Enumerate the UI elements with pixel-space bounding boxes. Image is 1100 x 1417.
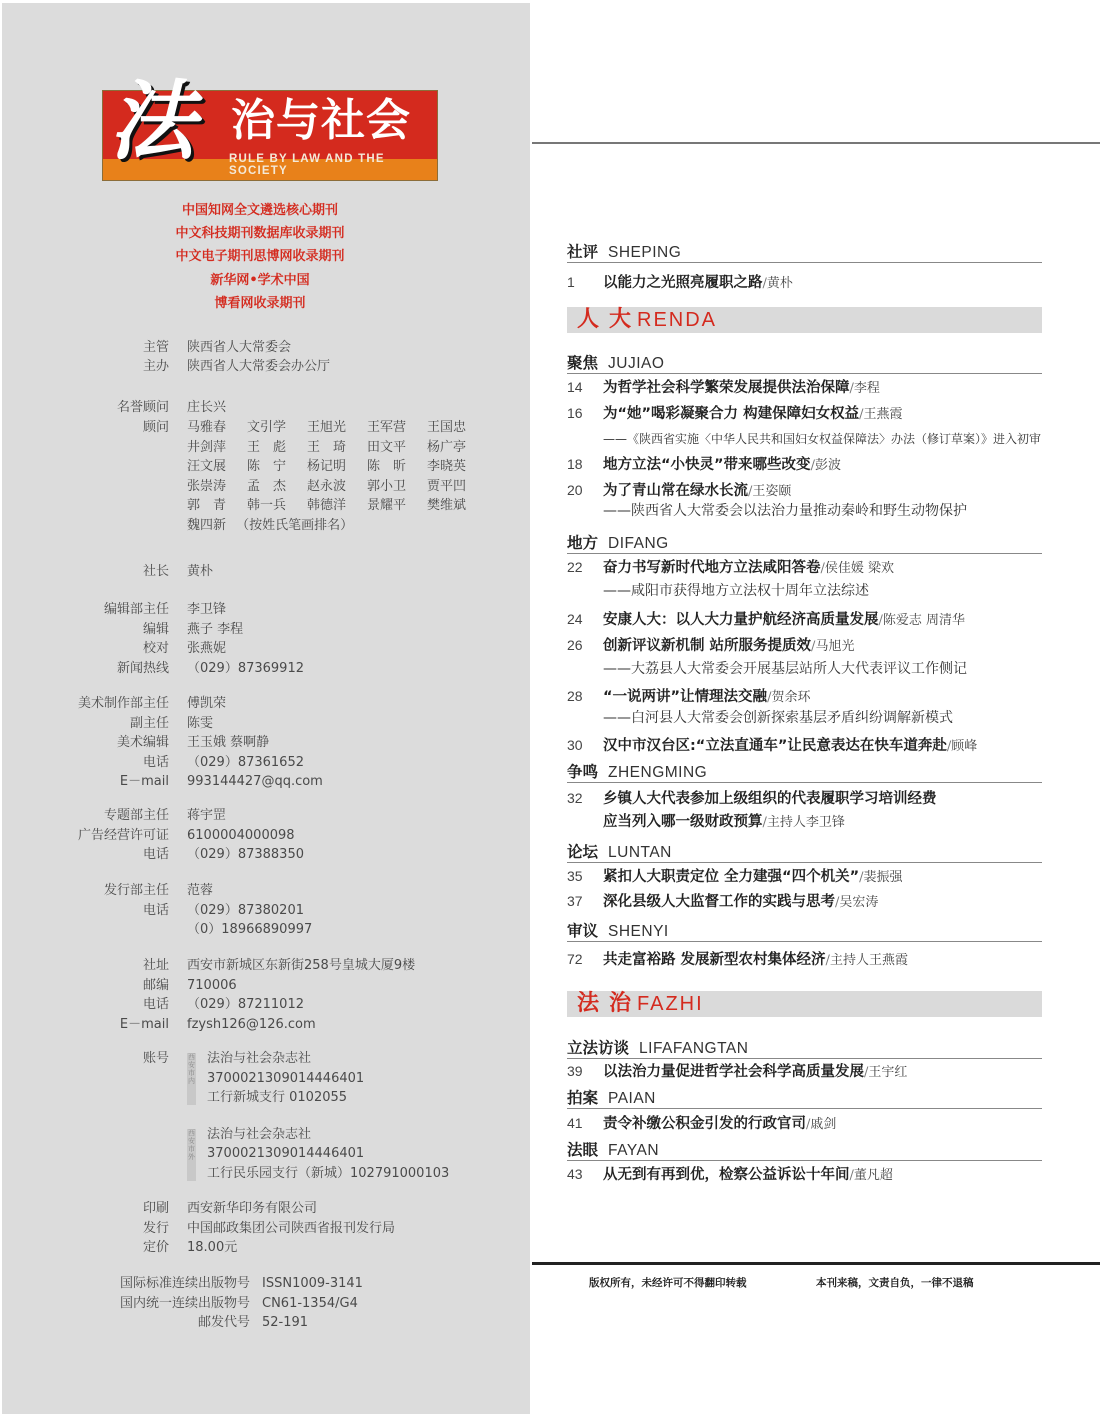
label: 美术制作部主任	[2, 694, 187, 714]
logo-subtitle: RULE BY LAW AND THE SOCIETY	[229, 153, 437, 177]
masthead-panel: 法 治与社会 RULE BY LAW AND THE SOCIETY 中国知网全…	[2, 3, 530, 1414]
section-title-cn: 立法访谈	[567, 1039, 629, 1057]
value: 范蓉	[187, 881, 213, 901]
account-entry: 西安市内 法治与社会杂志社 3700021309014446401 工行新城支行…	[187, 1049, 449, 1108]
code-row: 邮发代号52-191	[100, 1313, 363, 1333]
printing-row: 定价18.00元	[2, 1238, 395, 1258]
label: 邮发代号	[100, 1313, 262, 1333]
honorary-advisor-row: 名誉顾问 庄长兴	[2, 398, 226, 418]
page-number: 41	[567, 1113, 603, 1133]
article-title: 紧扣人大职责定位 全力建强“四个机关”	[603, 869, 859, 885]
page-number: 72	[567, 949, 603, 969]
toc-item[interactable]: 30汉中市汉台区:“立法直通车”让民意表达在快车道奔赴顾峰	[567, 735, 1047, 757]
section-lifafangtan: 立法访谈LIFAFANGTAN	[567, 1036, 1042, 1059]
value: （029）87380201	[187, 901, 304, 921]
indexing-item: 中文电子期刊思博网收录期刊	[142, 245, 378, 268]
indexing-item: 中国知网全文遴选核心期刊	[142, 199, 378, 222]
indexing-list: 中国知网全文遴选核心期刊 中文科技期刊数据库收录期刊 中文电子期刊思博网收录期刊…	[142, 199, 378, 315]
article-title: 深化县级人大监督工作的实践与思考	[603, 894, 835, 910]
value: 陈雯	[187, 714, 213, 734]
page-number: 24	[567, 609, 603, 629]
article-author: 顾峰	[947, 739, 977, 754]
sponsor-row: 主办 陕西省人大常委会办公厅	[2, 357, 330, 377]
page-number: 43	[567, 1164, 603, 1184]
value: 张燕妮	[187, 639, 226, 659]
label: 主办	[2, 357, 187, 377]
value: 李卫锋	[187, 600, 226, 620]
section-title-en: DIFANG	[608, 535, 669, 552]
indexing-item: 博看网收录期刊	[142, 292, 378, 315]
advisor-name: 樊维斌	[427, 496, 487, 516]
publication-codes: 国际标准连续出版物号ISSN1009-3141 国内统一连续出版物号CN61-1…	[100, 1274, 363, 1333]
article-author: 黄朴	[763, 276, 793, 291]
value: fzysh126@126.com	[187, 1015, 316, 1035]
toc-item[interactable]: 14为哲学社会科学繁荣发展提供法治保障李程	[567, 377, 1047, 399]
section-zhengming: 争鸣ZHENGMING	[567, 760, 1042, 783]
section-fayan: 法眼FAYAN	[567, 1138, 1042, 1161]
advisor-name: 郭小卫	[367, 477, 427, 497]
toc-item[interactable]: 28“一说两讲”让情理法交融贺余环	[567, 686, 1047, 708]
distribution-row: （0）18966890997	[2, 920, 312, 940]
office-block: 社址西安市新城区东新街258号皇城大厦9楼 邮编710006 电话（029）87…	[2, 956, 415, 1034]
special-row: 专题部主任蒋宇罡	[2, 806, 304, 826]
advisor-name: 贾平凹	[427, 477, 487, 497]
stamp-local: 西安市内	[187, 1053, 196, 1105]
label: E－mail	[2, 1015, 187, 1035]
label: 社址	[2, 956, 187, 976]
top-divider	[532, 142, 1100, 144]
toc-item-continuation[interactable]: 应当列入哪一级财政预算主持人李卫锋	[603, 812, 1083, 833]
article-author: 裴振强	[859, 870, 902, 885]
account-lines: 法治与社会杂志社 3700021309014446401 工行民乐园支行（新城）…	[207, 1125, 449, 1184]
advisor-name: 韩德洋	[307, 496, 367, 516]
account-line: 3700021309014446401	[207, 1069, 364, 1089]
office-row: 邮编710006	[2, 976, 415, 996]
article-author: 吴宏涛	[835, 895, 878, 910]
band-title-cn: 法治	[577, 991, 641, 1016]
page-number: 37	[567, 891, 603, 911]
account-line: 3700021309014446401	[207, 1144, 449, 1164]
value: ISSN1009-3141	[262, 1274, 363, 1294]
section-title-en: ZHENGMING	[608, 764, 707, 781]
advisors-row: 顾问 马雅春 文引学 王旭光 王军营 王国忠 井剑萍 王 彪 王 琦 田文平 杨…	[2, 418, 487, 535]
page-number: 39	[567, 1061, 603, 1081]
article-author: 马旭光	[811, 639, 854, 654]
art-row: E－mail993144427@qq.com	[2, 772, 323, 792]
advisor-name: 赵永波	[307, 477, 367, 497]
label: 国内统一连续出版物号	[100, 1294, 262, 1314]
value: 燕子 李程	[187, 620, 243, 640]
section-title-cn: 拍案	[567, 1089, 598, 1107]
value: （029）87369912	[187, 659, 304, 679]
president-row: 社长 黄朴	[2, 562, 213, 582]
article-title: 乡镇人大代表参加上级组织的代表履职学习培训经费	[603, 791, 937, 807]
label: 校对	[2, 639, 187, 659]
label: 国际标准连续出版物号	[100, 1274, 262, 1294]
section-title-cn: 法眼	[567, 1141, 598, 1159]
value: 西安市新城区东新街258号皇城大厦9楼	[187, 956, 415, 976]
account-details: 西安市内 法治与社会杂志社 3700021309014446401 工行新城支行…	[187, 1049, 449, 1183]
article-author: 董凡超	[850, 1168, 893, 1183]
toc-item[interactable]: 37深化县级人大监督工作的实践与思考吴宏涛	[567, 891, 1047, 913]
label: 美术编辑	[2, 733, 187, 753]
value: 庄长兴	[187, 398, 226, 418]
section-title-cn: 社评	[567, 243, 598, 261]
advisor-name: 张崇涛	[187, 477, 247, 497]
editorial-row: 新闻热线（029）87369912	[2, 659, 304, 679]
page-number: 1	[567, 272, 603, 292]
section-title-en: JUJIAO	[608, 355, 664, 372]
label: 发行部主任	[2, 881, 187, 901]
art-row: 副主任陈雯	[2, 714, 323, 734]
section-title-en: SHEPING	[608, 244, 681, 261]
section-title-cn: 论坛	[567, 843, 598, 861]
office-row: E－mailfzysh126@126.com	[2, 1015, 415, 1035]
advisor-name: 李晓英	[427, 457, 487, 477]
label: 印刷	[2, 1199, 187, 1219]
value: 王玉娥 蔡啊静	[187, 733, 269, 753]
toc-item[interactable]: 26创新评议新机制 站所服务提质效马旭光	[567, 635, 1047, 657]
advisor-name: 景耀平	[367, 496, 427, 516]
printing-block: 印刷西安新华印务有限公司 发行中国邮政集团公司陕西省报刊发行局 定价18.00元	[2, 1199, 395, 1258]
office-row: 电话（029）87211012	[2, 995, 415, 1015]
section-title-cn: 审议	[567, 922, 598, 940]
page-number: 14	[567, 377, 603, 397]
editorial-row: 校对张燕妮	[2, 639, 304, 659]
advisor-name: 陈 昕	[367, 457, 427, 477]
printing-row: 印刷西安新华印务有限公司	[2, 1199, 395, 1219]
advisor-name: 井剑萍	[187, 438, 247, 458]
section-title-en: FAYAN	[608, 1142, 659, 1159]
article-title: 为哲学社会科学繁荣发展提供法治保障	[603, 380, 850, 396]
art-block: 美术制作部主任傅凯荣 副主任陈雯 美术编辑王玉娥 蔡啊静 电话（029）8736…	[2, 694, 323, 792]
value: （029）87211012	[187, 995, 304, 1015]
toc-item[interactable]: 41责令补缴公积金引发的行政官司戚剑	[567, 1113, 1047, 1135]
article-title: 安康人大：以人大力量护航经济高质量发展	[603, 612, 879, 628]
editorial-row: 编辑部主任李卫锋	[2, 600, 304, 620]
section-title-cn: 争鸣	[567, 763, 598, 781]
section-sheping: 社评SHEPING	[567, 240, 1042, 263]
label: 发行	[2, 1219, 187, 1239]
section-title-en: LUNTAN	[608, 844, 672, 861]
label: 名誉顾问	[2, 398, 187, 418]
label: E－mail	[2, 772, 187, 792]
account-lines: 法治与社会杂志社 3700021309014446401 工行新城支行 0102…	[207, 1049, 364, 1108]
label: 电话	[2, 995, 187, 1015]
article-author: 王宇红	[864, 1065, 907, 1080]
art-row: 美术编辑王玉娥 蔡啊静	[2, 733, 323, 753]
article-author: 主持人李卫锋	[763, 815, 845, 830]
toc-item[interactable]: 32乡镇人大代表参加上级组织的代表履职学习培训经费	[567, 788, 1047, 809]
section-title-cn: 地方	[567, 534, 598, 552]
advisor-name: 孟 杰	[247, 477, 307, 497]
label: 电话	[2, 753, 187, 773]
advisor-name: 文引学	[247, 418, 307, 438]
editorial-row: 编辑燕子 李程	[2, 620, 304, 640]
band-renda: 人大RENDA	[567, 307, 1042, 333]
value: 西安新华印务有限公司	[187, 1199, 317, 1219]
band-fazhi: 法治FAZHI	[567, 991, 1042, 1017]
value: 陕西省人大常委会	[187, 338, 291, 358]
label: 电话	[2, 901, 187, 921]
section-title-en: LIFAFANGTAN	[639, 1040, 748, 1057]
value: 蒋宇罡	[187, 806, 226, 826]
article-author: 主持人王燕霞	[826, 953, 908, 968]
logo-calligraphy-char: 法	[109, 79, 195, 165]
advisor-name: 王 琦	[307, 438, 367, 458]
toc-item[interactable]: 39以法治力量促进哲学社会科学高质量发展王宇红	[567, 1061, 1047, 1083]
article-title: 奋力书写新时代地方立法咸阳答卷	[603, 560, 821, 576]
submission-notice: 本刊来稿，文责自负，一律不退稿	[816, 1275, 974, 1290]
account-line: 法治与社会杂志社	[207, 1125, 449, 1145]
advisor-name: 郭 青	[187, 496, 247, 516]
art-row: 电话（029）87361652	[2, 753, 323, 773]
article-title: 为了青山常在绿水长流	[603, 483, 748, 499]
distribution-row: 电话（029）87380201	[2, 901, 312, 921]
toc-item[interactable]: 22奋力书写新时代地方立法咸阳答卷侯佳媛 梁欢	[567, 557, 1047, 579]
section-title-en: SHENYI	[608, 923, 669, 940]
article-title: 为“她”喝彩凝聚合力 构建保障妇女权益	[603, 406, 859, 422]
toc-item[interactable]: 18地方立法“小快灵”带来哪些改变彭波	[567, 454, 1047, 476]
indexing-item: 中文科技期刊数据库收录期刊	[142, 222, 378, 245]
article-author: 李程	[850, 381, 880, 396]
page-number: 20	[567, 480, 603, 500]
article-subtitle: ——大荔县人大常委会开展基层站所人大代表评议工作侧记	[603, 659, 967, 679]
article-author: 贺余环	[767, 690, 810, 705]
advisor-name: 汪文展	[187, 457, 247, 477]
advisor-name: 王军营	[367, 418, 427, 438]
magazine-logo: 法 治与社会 RULE BY LAW AND THE SOCIETY	[102, 90, 438, 181]
account-block: 账号 西安市内 法治与社会杂志社 3700021309014446401 工行新…	[2, 1049, 449, 1183]
office-row: 社址西安市新城区东新街258号皇城大厦9楼	[2, 956, 415, 976]
section-difang: 地方DIFANG	[567, 531, 1042, 554]
label: 邮编	[2, 976, 187, 996]
account-line: 工行民乐园支行（新城）102791000103	[207, 1164, 449, 1184]
page-number: 28	[567, 686, 603, 706]
page-number: 35	[567, 866, 603, 886]
code-row: 国际标准连续出版物号ISSN1009-3141	[100, 1274, 363, 1294]
account-label-wrap: 账号	[2, 1049, 187, 1183]
label: 新闻热线	[2, 659, 187, 679]
toc-item[interactable]: 72共走富裕路 发展新型农村集体经济主持人王燕霞	[567, 949, 1047, 971]
section-title-cn: 聚焦	[567, 354, 598, 372]
advisor-name: 王 彪	[247, 438, 307, 458]
article-title: 以能力之光照亮履职之路	[603, 275, 763, 291]
value: 710006	[187, 976, 237, 996]
advisor-name: 王国忠	[427, 418, 487, 438]
label: 顾问	[2, 418, 187, 535]
advisor-name: 魏四新	[187, 518, 226, 533]
value: 黄朴	[187, 562, 213, 582]
article-title: 创新评议新机制 站所服务提质效	[603, 638, 811, 654]
article-title: 地方立法“小快灵”带来哪些改变	[603, 457, 811, 473]
special-row: 电话（029）87388350	[2, 845, 304, 865]
label: 定价	[2, 1238, 187, 1258]
page-number: 30	[567, 735, 603, 755]
toc-item[interactable]: 43从无到有再到优，检察公益诉讼十年间董凡超	[567, 1164, 1047, 1186]
section-jujiao: 聚焦JUJIAO	[567, 351, 1042, 374]
art-row: 美术制作部主任傅凯荣	[2, 694, 323, 714]
supervisor-row: 主管 陕西省人大常委会	[2, 338, 291, 358]
label: 社长	[2, 562, 187, 582]
toc-item[interactable]: 1以能力之光照亮履职之路黄朴	[567, 272, 1047, 294]
article-author: 彭波	[811, 458, 841, 473]
article-author: 侯佳媛 梁欢	[821, 561, 895, 576]
advisor-name: 韩一兵	[247, 496, 307, 516]
value: 18.00元	[187, 1238, 237, 1258]
toc-item[interactable]: 24安康人大：以人大力量护航经济高质量发展陈爱志 周清华	[567, 609, 1047, 631]
page-number: 26	[567, 635, 603, 655]
toc-item[interactable]: 20为了青山常在绿水长流王姿颐	[567, 480, 1047, 502]
article-subtitle: ——白河县人大常委会创新探索基层矛盾纠纷调解新模式	[603, 708, 953, 728]
toc-item[interactable]: 16为“她”喝彩凝聚合力 构建保障妇女权益王燕霞	[567, 403, 1047, 425]
value: 陕西省人大常委会办公厅	[187, 357, 330, 377]
value: CN61-1354/G4	[262, 1294, 358, 1314]
special-row: 广告经营许可证6100004000098	[2, 826, 304, 846]
special-block: 专题部主任蒋宇罡 广告经营许可证6100004000098 电话（029）873…	[2, 806, 304, 865]
article-title: 汉中市汉台区:“立法直通车”让民意表达在快车道奔赴	[603, 738, 947, 754]
article-author: 王燕霞	[859, 407, 902, 422]
label: 编辑部主任	[2, 600, 187, 620]
band-title-cn: 人大	[577, 307, 641, 332]
value: 中国邮政集团公司陕西省报刊发行局	[187, 1219, 395, 1239]
advisor-name: 马雅春	[187, 418, 247, 438]
label: 广告经营许可证	[2, 826, 187, 846]
article-subtitle: ——《陕西省实施〈中华人民共和国妇女权益保障法〉办法（修订草案）》进入初审	[603, 429, 1041, 449]
bottom-divider	[532, 1262, 1100, 1265]
value: 52-191	[262, 1313, 308, 1333]
label: 专题部主任	[2, 806, 187, 826]
band-title-en: FAZHI	[637, 993, 704, 1015]
distribution-row: 发行部主任范蓉	[2, 881, 312, 901]
label: 副主任	[2, 714, 187, 734]
value: （0）18966890997	[187, 920, 312, 940]
label: 账号	[2, 1049, 187, 1183]
section-paian: 拍案PAIAN	[567, 1086, 1042, 1109]
article-author: 王姿颐	[748, 484, 791, 499]
label: 编辑	[2, 620, 187, 640]
article-title: “一说两讲”让情理法交融	[603, 689, 767, 705]
section-title-en: PAIAN	[608, 1090, 656, 1107]
advisor-name: 田文平	[367, 438, 427, 458]
article-title: 以法治力量促进哲学社会科学高质量发展	[603, 1064, 864, 1080]
value: 傅凯荣	[187, 694, 226, 714]
logo-title: 治与社会	[231, 99, 411, 143]
value: 993144427@qq.com	[187, 772, 323, 792]
advisor-note: （按姓氏笔画排名）	[236, 518, 353, 533]
article-title-continued: 应当列入哪一级财政预算	[603, 814, 763, 830]
printing-row: 发行中国邮政集团公司陕西省报刊发行局	[2, 1219, 395, 1239]
advisor-names: 马雅春 文引学 王旭光 王军营 王国忠 井剑萍 王 彪 王 琦 田文平 杨广亭 …	[187, 418, 487, 535]
page-number: 32	[567, 788, 603, 808]
label: 电话	[2, 845, 187, 865]
article-author: 陈爱志 周清华	[879, 613, 966, 628]
article-subtitle: ——陕西省人大常委会以法治力量推动秦岭和野生动物保护	[603, 501, 967, 521]
account-entry: 西安市外 法治与社会杂志社 3700021309014446401 工行民乐园支…	[187, 1125, 449, 1184]
article-title: 从无到有再到优，检察公益诉讼十年间	[603, 1167, 850, 1183]
value: （029）87361652	[187, 753, 304, 773]
stamp-outside: 西安市外	[187, 1129, 196, 1181]
band-title-en: RENDA	[637, 309, 717, 331]
advisor-name: 王旭光	[307, 418, 367, 438]
indexing-item: 新华网•学术中国	[142, 269, 378, 292]
advisor-name: 陈 宁	[247, 457, 307, 477]
toc-item[interactable]: 35紧扣人大职责定位 全力建强“四个机关”裴振强	[567, 866, 1047, 888]
article-title: 共走富裕路 发展新型农村集体经济	[603, 952, 826, 968]
page-number: 18	[567, 454, 603, 474]
page-number: 16	[567, 403, 603, 423]
value: （029）87388350	[187, 845, 304, 865]
label	[2, 920, 187, 940]
code-row: 国内统一连续出版物号CN61-1354/G4	[100, 1294, 363, 1314]
article-author: 戚剑	[806, 1117, 836, 1132]
advisor-name: 杨记明	[307, 457, 367, 477]
distribution-block: 发行部主任范蓉 电话（029）87380201 （0）18966890997	[2, 881, 312, 940]
advisor-name: 杨广亭	[427, 438, 487, 458]
account-line: 法治与社会杂志社	[207, 1049, 364, 1069]
value: 6100004000098	[187, 826, 295, 846]
account-line: 工行新城支行 0102055	[207, 1088, 364, 1108]
editorial-block: 编辑部主任李卫锋 编辑燕子 李程 校对张燕妮 新闻热线（029）87369912	[2, 600, 304, 678]
page-number: 22	[567, 557, 603, 577]
copyright-notice: 版权所有，未经许可不得翻印转载	[589, 1275, 747, 1290]
article-subtitle: ——咸阳市获得地方立法权十周年立法综述	[603, 581, 869, 601]
section-luntan: 论坛LUNTAN	[567, 840, 1042, 863]
article-title: 责令补缴公积金引发的行政官司	[603, 1116, 806, 1132]
label: 主管	[2, 338, 187, 358]
section-shenyi: 审议SHENYI	[567, 919, 1042, 942]
